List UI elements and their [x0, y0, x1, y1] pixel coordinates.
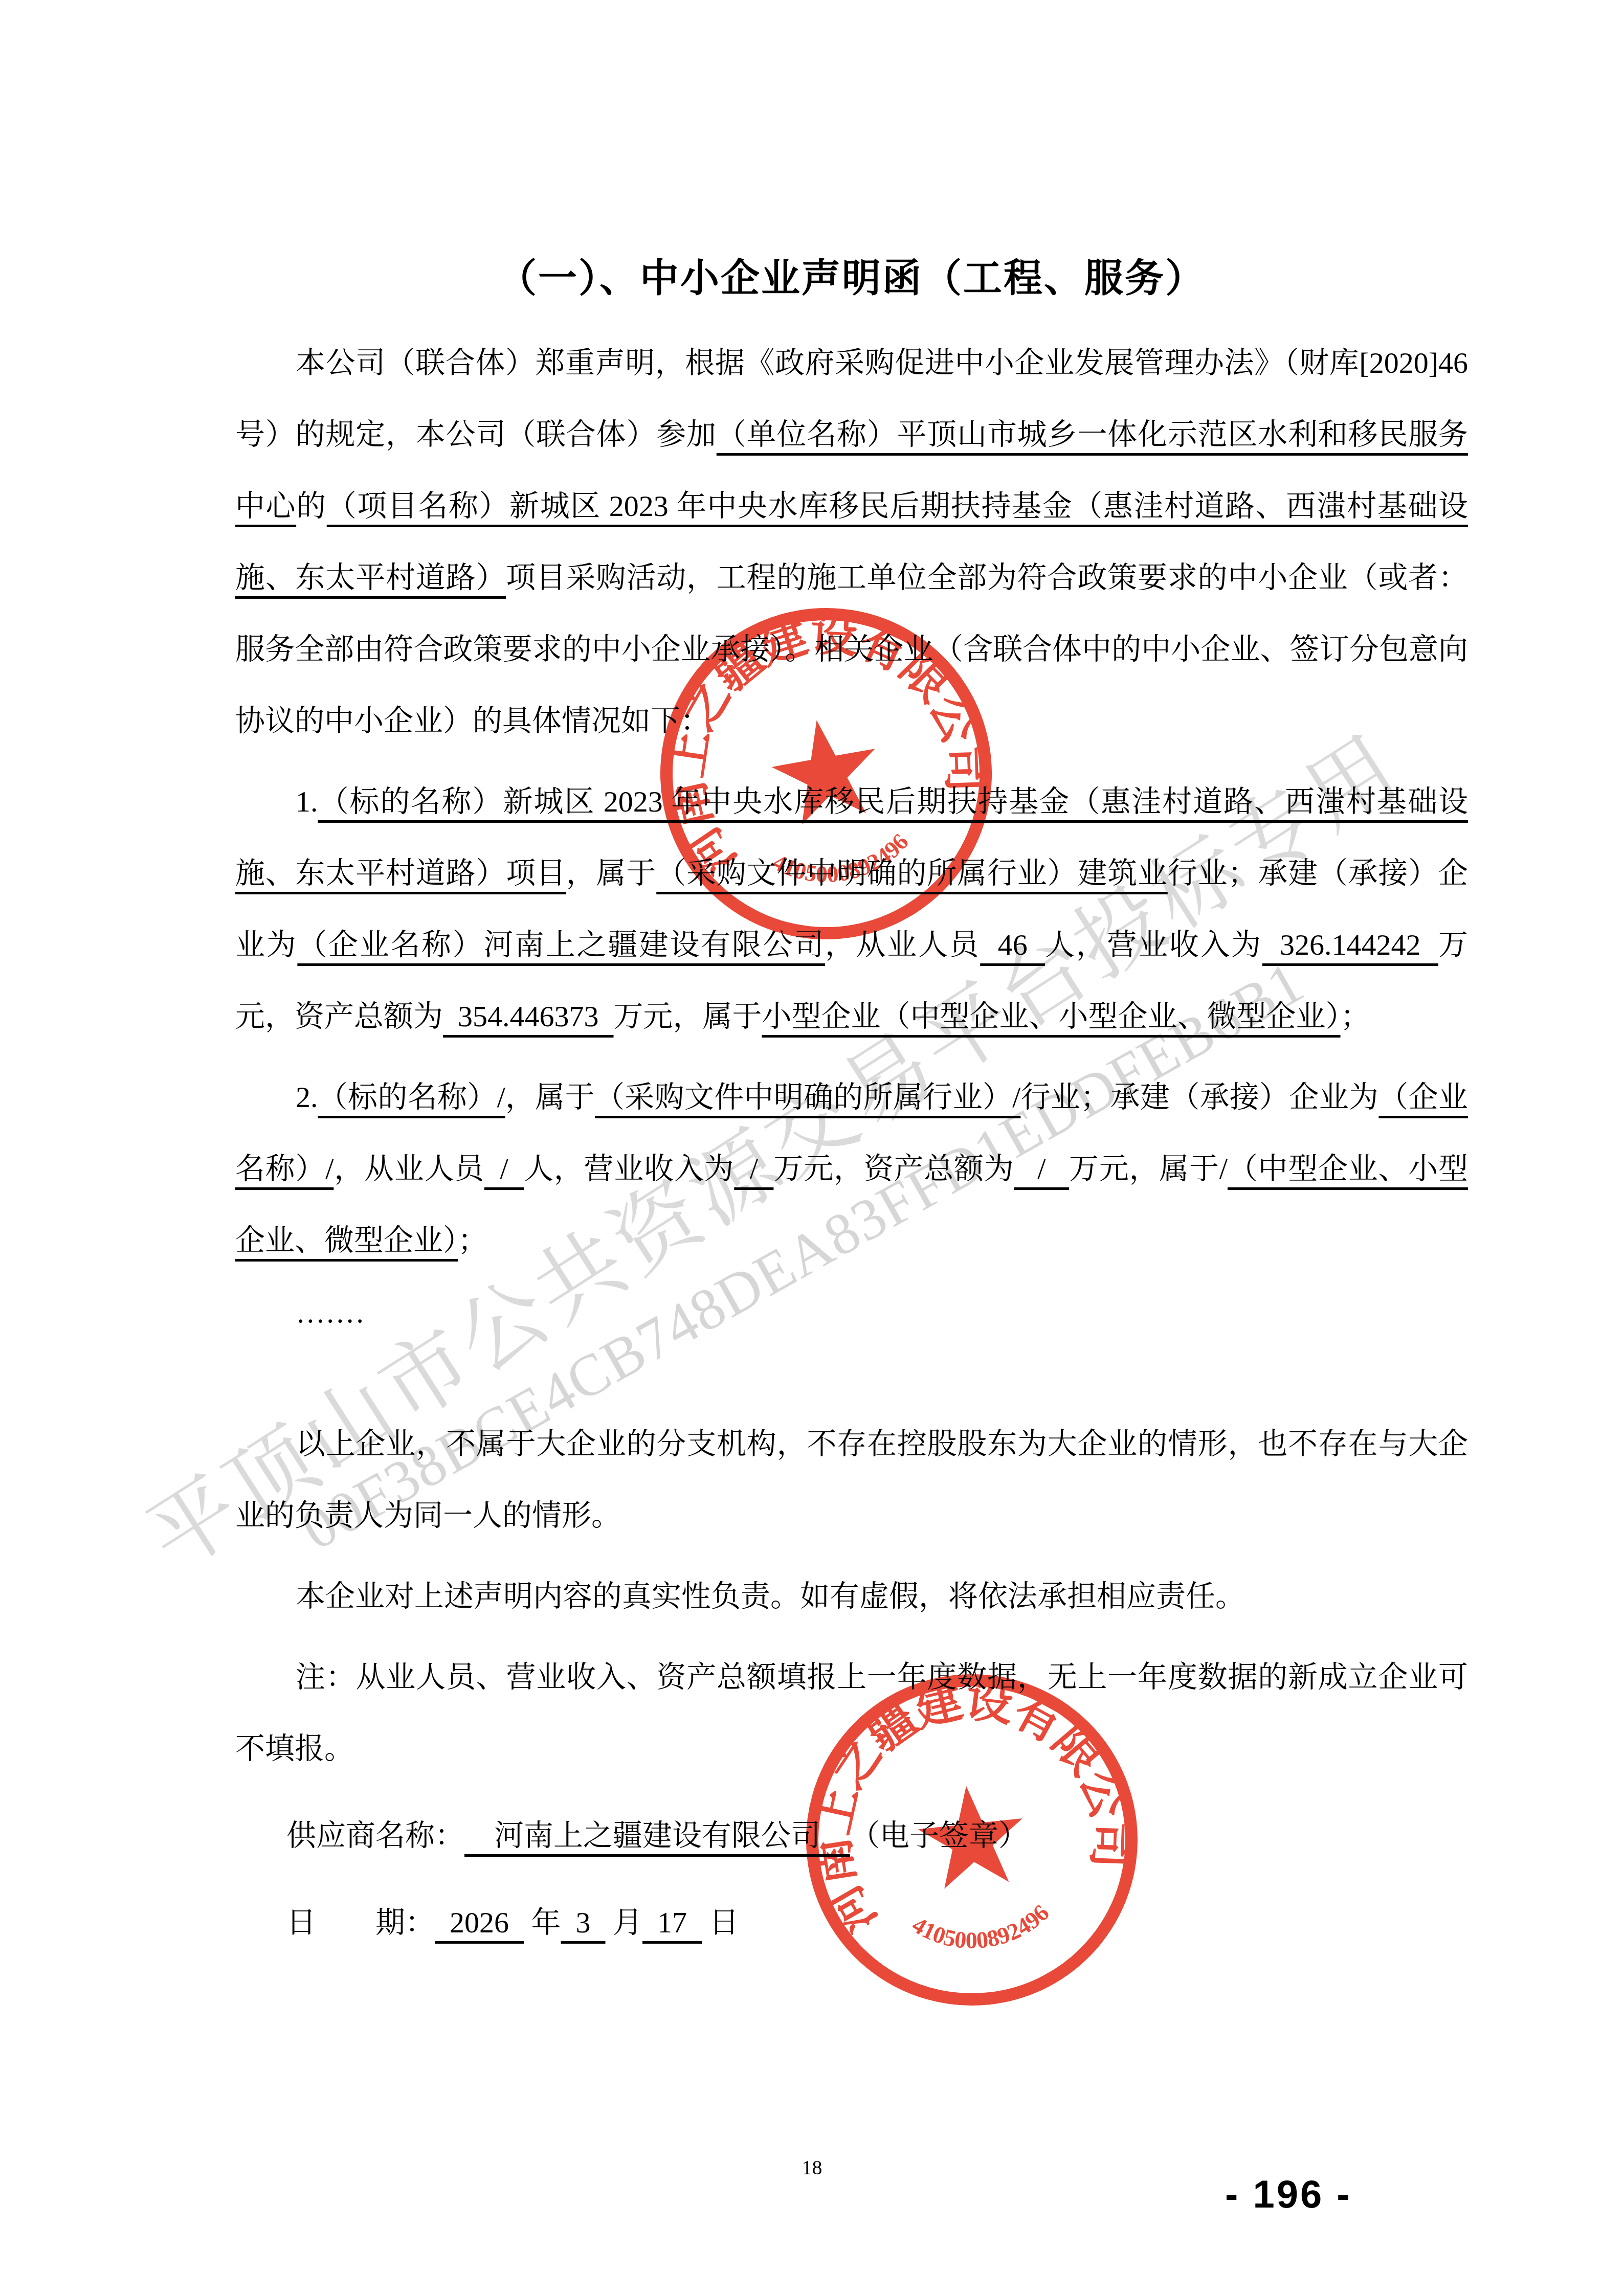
- text-run: ；: [458, 1224, 487, 1257]
- paragraph-note: 注：从业人员、营业收入、资产总额填报上一年度数据，无上一年度数据的新成立企业可不…: [235, 1641, 1468, 1785]
- underlined-text-run: /: [734, 1152, 773, 1185]
- underlined-text-run: 17: [642, 1906, 702, 1939]
- paragraph-no-branch: 以上企业，不属于大企业的分支机构，不存在控股股东为大企业的情形，也不存在与大企业…: [235, 1408, 1468, 1551]
- underlined-text-run: 354.446373: [443, 1000, 614, 1033]
- text-run: ，属于: [505, 1081, 595, 1114]
- text-run: 的: [296, 489, 327, 523]
- text-run: 以上企业，不属于大企业的分支机构，不存在控股股东为大企业的情形，也不存在与大企业…: [235, 1427, 1468, 1532]
- text-run: 万元，属于/: [1069, 1152, 1228, 1185]
- text-run: ，从业人员: [825, 928, 980, 961]
- paragraph-responsibility: 本企业对上述声明内容的真实性负责。如有虚假，将依法承担相应责任。: [235, 1561, 1468, 1632]
- paragraph-item-1: 1.（标的名称）新城区 2023 年中央水库移民后期扶持基金（惠洼村道路、西滍村…: [235, 766, 1468, 1052]
- text-run: 供应商名称：: [286, 1819, 464, 1852]
- text-run: 日 期：: [286, 1906, 435, 1939]
- text-run: ，从业人员: [333, 1152, 484, 1185]
- text-run: 年: [524, 1906, 561, 1939]
- underlined-text-run: （采购文件中明确的所属行业）/: [595, 1081, 1020, 1114]
- underlined-text-run: 小型企业（中型企业、小型企业、微型企业）: [762, 1000, 1341, 1033]
- document-body: （一）、中小企业声明函（工程、服务） 本公司（联合体）郑重声明，根据《政府采购促…: [0, 0, 1624, 1959]
- paragraph-ellipsis: ·······: [235, 1286, 1468, 1357]
- text-run: ·······: [296, 1304, 365, 1338]
- paragraph-item-2: 2.（标的名称）/，属于（采购文件中明确的所属行业）/行业；承建（承接）企业为（…: [235, 1062, 1468, 1276]
- signature-date-line: 日 期： 2026 年 3 月 17 日: [235, 1887, 1468, 1959]
- text-run: 万元，资产总额为: [773, 1152, 1014, 1185]
- text-run: （电子签章）: [850, 1819, 1028, 1852]
- text-run: 2.: [296, 1081, 318, 1114]
- underlined-text-run: （标的名称）/: [318, 1081, 505, 1114]
- text-run: 万元，属于: [614, 1000, 762, 1033]
- text-run: 日: [702, 1906, 739, 1939]
- page-title: （一）、中小企业声明函（工程、服务）: [235, 251, 1468, 307]
- paragraph-declaration: 本公司（联合体）郑重声明，根据《政府采购促进中小企业发展管理办法》（财库[202…: [235, 327, 1468, 757]
- text-run: 行业；承建（承接）企: [1020, 1081, 1319, 1114]
- text-run: 人，营业收入为: [524, 1152, 734, 1185]
- text-run: 业为: [1319, 1081, 1379, 1114]
- text-run: 注：从业人员、营业收入、资产总额填报上一年度数据，无上一年度数据的新成立企业可不…: [235, 1660, 1468, 1765]
- underlined-text-run: /: [1014, 1152, 1069, 1185]
- underlined-text-run: 46: [980, 928, 1045, 961]
- underlined-text-run: 河南上之疆建设有限公司: [464, 1819, 850, 1852]
- underlined-text-run: （采购文件中明确的所属行业）建筑业: [656, 857, 1168, 890]
- text-run: 1.: [296, 785, 318, 818]
- signature-supplier-line: 供应商名称： 河南上之疆建设有限公司 （电子签章）: [235, 1800, 1468, 1872]
- text-run: 月: [606, 1906, 643, 1939]
- underlined-text-run: /: [484, 1152, 524, 1185]
- text-run: 人，营业收入为: [1045, 928, 1262, 961]
- footer-page-number: 18: [0, 2155, 1624, 2179]
- underlined-text-run: 2026: [435, 1906, 524, 1939]
- underlined-text-run: 3: [561, 1906, 606, 1939]
- text-run: ；: [1341, 1000, 1370, 1033]
- underlined-text-run: 326.144242: [1262, 928, 1438, 961]
- text-run: ，属于: [566, 857, 656, 890]
- underlined-text-run: （企业名称）河南上之疆建设有限公司: [297, 928, 825, 961]
- text-run: 本企业对上述声明内容的真实性负责。如有虚假，将依法承担相应责任。: [296, 1580, 1245, 1613]
- document-page: 平顶山市公共资源交易平台投标专用 00F38BCE4CB748DEA83FFD1…: [0, 0, 1624, 2296]
- footer-page-label: - 196 -: [1225, 2172, 1352, 2217]
